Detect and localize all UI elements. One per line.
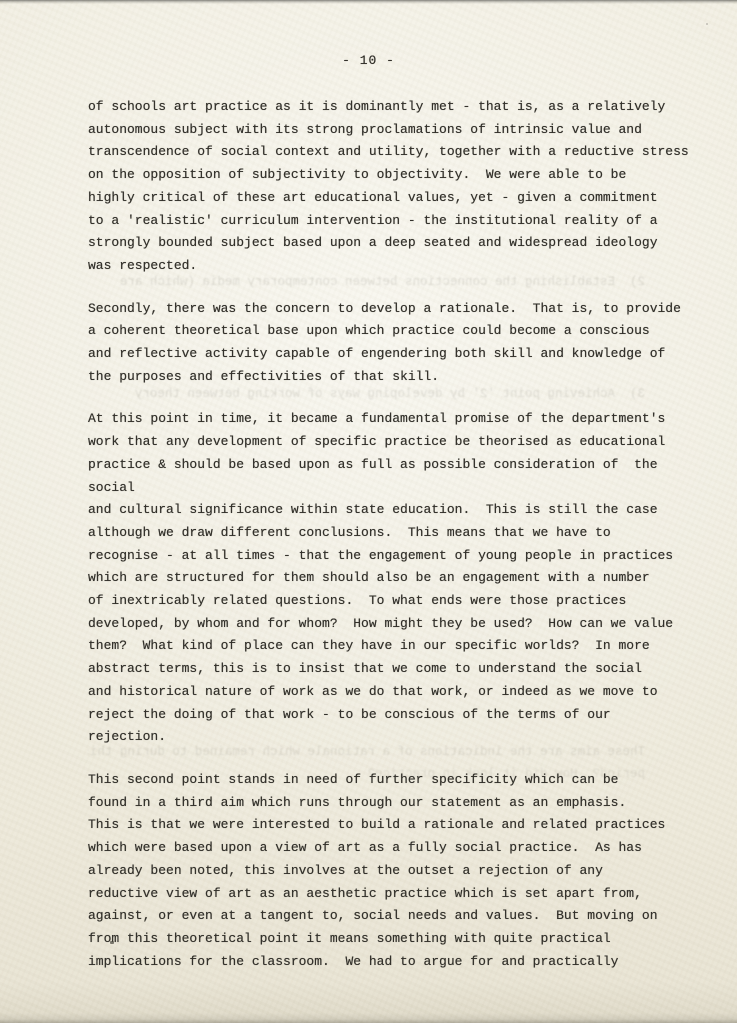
paragraph-4: This second point stands in need of furt… — [88, 769, 707, 973]
scan-speck — [110, 941, 114, 944]
scanned-document-page: 2) Establishing the connections between … — [0, 0, 737, 1023]
document-body: of schools art practice as it is dominan… — [88, 96, 707, 993]
paragraph-3: At this point in time, it became a funda… — [88, 408, 707, 749]
page-number: - 10 - — [0, 50, 737, 72]
paragraph-1: of schools art practice as it is dominan… — [88, 96, 707, 278]
paragraph-2: Secondly, there was the concern to devel… — [88, 298, 707, 389]
scan-speck — [706, 23, 708, 25]
